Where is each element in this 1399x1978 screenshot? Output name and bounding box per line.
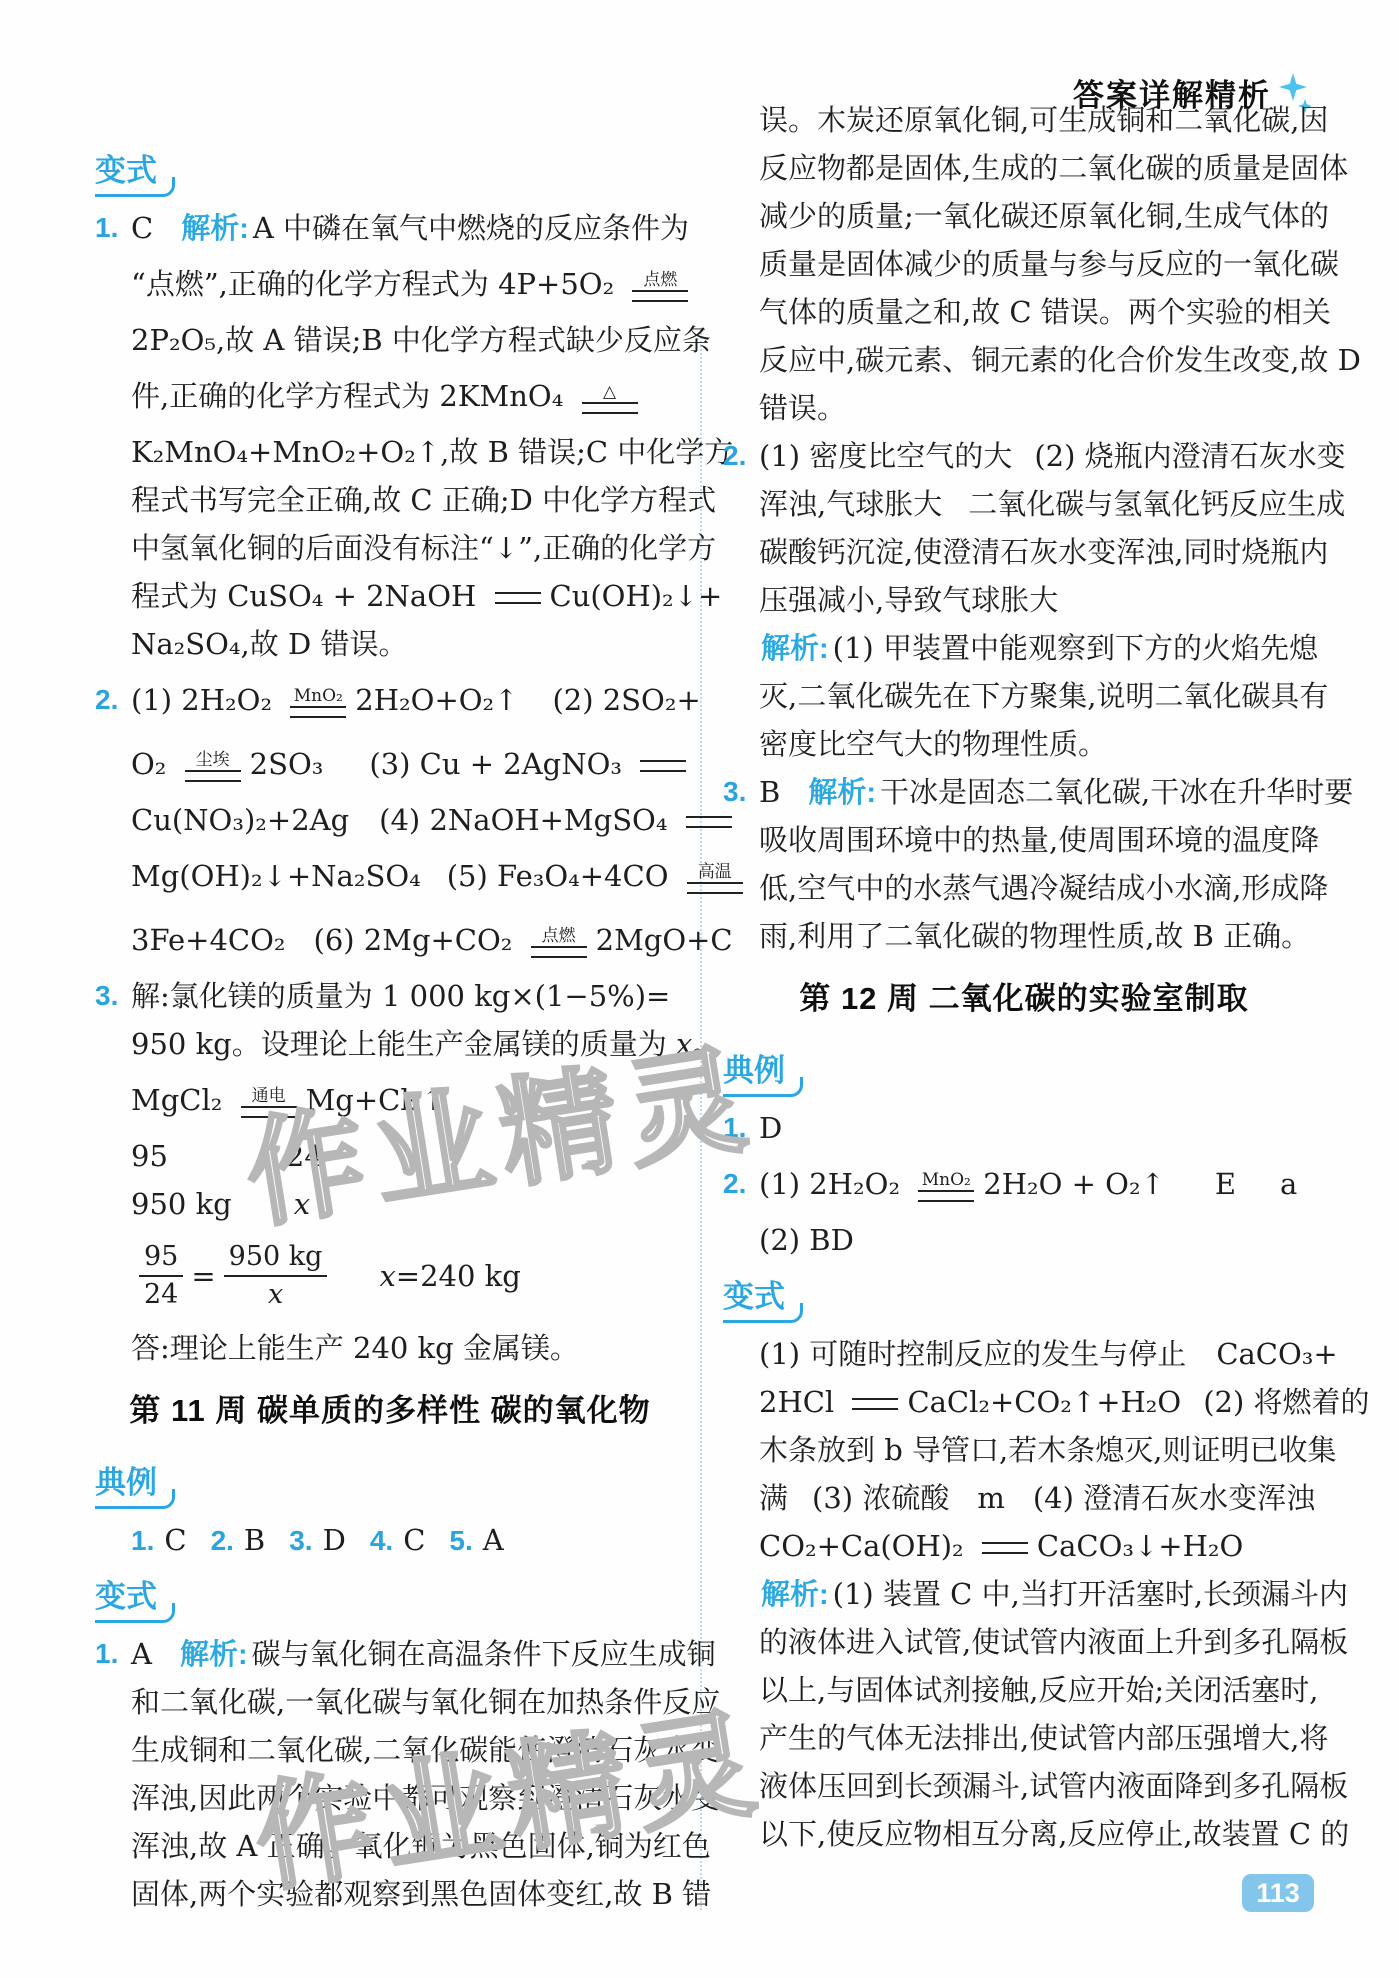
- text-line: 减少的质量;一氧化碳还原氧化铜,生成气体的: [723, 192, 1325, 240]
- text-run: 错误。: [759, 391, 846, 425]
- text-run: (1) 2H₂O₂: [131, 683, 281, 717]
- text-line: 2.(1) 密度比空气的大(2) 烧瓶内澄清石灰水变: [723, 432, 1325, 480]
- text-line: 1.C解析:A 中磷在氧气中燃烧的反应条件为: [95, 204, 685, 252]
- section-label-row: 典例: [95, 1450, 685, 1516]
- right-column: 误。木炭还原氧化铜,可生成铜和二氧化碳,因反应物都是固体,生成的二氧化碳的质量是…: [723, 96, 1325, 1858]
- text-run: 950 kg: [131, 1187, 232, 1221]
- text-line: CO₂+Ca(OH)₂ CaCO₃↓+H₂O: [723, 1522, 1325, 1570]
- reaction-equals: 尘埃: [185, 751, 241, 782]
- item-number: 3.: [95, 972, 118, 1020]
- text-run: Cu(NO₃)₂+2Ag: [131, 803, 349, 837]
- reaction-equals: [640, 760, 686, 772]
- item-number: 5.: [449, 1525, 472, 1556]
- text-line: (1) 可随时控制反应的发生与停止CaCO₃+: [723, 1330, 1325, 1378]
- text-run: (1) 可随时控制反应的发生与停止: [759, 1337, 1186, 1371]
- text-run: 木条放到 b 导管口,若木条熄灭,则证明已收集: [759, 1433, 1336, 1467]
- reaction-equals: [852, 1398, 898, 1410]
- text-run: x: [379, 1252, 395, 1300]
- text-line: 质量是固体减少的质量与参与反应的一氧化碳: [723, 240, 1325, 288]
- item-number: 2.: [723, 432, 746, 480]
- text-run: 碳与氧化铜在高温条件下反应生成铜: [252, 1637, 716, 1671]
- text-run: =240 kg: [396, 1252, 521, 1300]
- text-line: 木条放到 b 导管口,若木条熄灭,则证明已收集: [723, 1426, 1325, 1474]
- item-number: 1.: [95, 1630, 118, 1678]
- text-run: MgCl₂: [131, 1083, 232, 1117]
- text-run: (6) 2Mg+CO₂: [314, 923, 522, 957]
- text-line: 件,正确的化学方程式为 2KMnO₄ △: [95, 364, 685, 428]
- text-line: 程式为 CuSO₄ + 2NaOH Cu(OH)₂↓+: [95, 572, 685, 620]
- text-line: 答:理论上能生产 240 kg 金属镁。: [95, 1324, 685, 1372]
- text-line: 程式书写完全正确,故 C 正确;D 中化学方程式: [95, 476, 685, 524]
- text-run: 误。木炭还原氧化铜,可生成铜和二氧化碳,因: [759, 103, 1328, 137]
- text-line: 灭,二氧化碳先在下方聚集,说明二氧化碳具有: [723, 672, 1325, 720]
- reaction-equals: MnO₂: [290, 687, 346, 718]
- text-run: 件,正确的化学方程式为 2KMnO₄: [131, 379, 573, 413]
- text-line: 压强减小,导致气球胀大: [723, 576, 1325, 624]
- text-line: “点燃”,正确的化学方程式为 4P+5O₂ 点燃: [95, 252, 685, 316]
- text-run: 碳酸钙沉淀,使澄清石灰水变浑浊,同时烧瓶内: [759, 535, 1328, 569]
- item-number: 3.: [723, 768, 746, 816]
- text-run: 中氢氧化铜的后面没有标注“↓”,正确的化学方: [131, 531, 716, 565]
- answer-book-page: 答案详解精析 变式1.C解析:A 中磷在氧气中燃烧的反应条件为“点燃”,正确的化…: [0, 0, 1399, 1978]
- text-run: 干冰是固态二氧化碳,干冰在升华时要: [880, 775, 1353, 809]
- reaction-equals: 点燃: [531, 927, 587, 958]
- text-run: 3Fe+4CO₂: [131, 923, 286, 957]
- text-run: 2H₂O + O₂↑: [983, 1167, 1165, 1201]
- text-line: 1.A解析:碳与氧化铜在高温条件下反应生成铜: [95, 1630, 685, 1678]
- text-line: 雨,利用了二氧化碳的物理性质,故 B 正确。: [723, 912, 1325, 960]
- text-run: Cu(OH)₂↓+: [550, 579, 723, 613]
- text-run: a: [1280, 1167, 1297, 1201]
- section-label: 典例: [95, 1463, 160, 1509]
- text-line: 密度比空气大的物理性质。: [723, 720, 1325, 768]
- text-run: 气体的质量之和,故 C 错误。两个实验的相关: [759, 295, 1331, 329]
- text-run: 压强减小,导致气球胀大: [759, 583, 1058, 617]
- text-run: CaCO₃↓+H₂O: [1037, 1529, 1243, 1563]
- text-line: 的液体进入试管,使试管内液面上升到多孔隔板: [723, 1618, 1325, 1666]
- text-run: 反应中,碳元素、铜元素的化合价发生改变,故 D: [759, 343, 1361, 377]
- text-run: 95: [131, 1139, 168, 1173]
- section-label-row: 变式: [723, 1264, 1325, 1330]
- text-run: (1) 装置 C 中,当打开活塞时,长颈漏斗内: [833, 1577, 1348, 1611]
- text-run: 浑浊,气球胀大: [759, 487, 942, 521]
- text-run: O₂: [131, 747, 176, 781]
- text-line: 碳酸钙沉淀,使澄清石灰水变浑浊,同时烧瓶内: [723, 528, 1325, 576]
- reaction-equals: 点燃: [632, 271, 688, 302]
- text-run: CaCl₂+CO₂↑+H₂O: [907, 1385, 1181, 1419]
- section-label-row: 典例: [723, 1038, 1325, 1104]
- text-run: C: [403, 1523, 425, 1557]
- item-number: 2.: [211, 1525, 234, 1556]
- text-run: (2) 将燃着的: [1203, 1385, 1369, 1419]
- item-number: 4.: [370, 1525, 393, 1556]
- text-line: 3.B解析:干冰是固态二氧化碳,干冰在升华时要: [723, 768, 1325, 816]
- text-run: 2MgO+C: [596, 923, 733, 957]
- text-run: 二氧化碳与氢氧化钙反应生成: [968, 487, 1345, 521]
- text-line: 2.(1) 2H₂O₂ MnO₂2H₂O + O₂↑Ea: [723, 1152, 1325, 1216]
- section-label-row: 变式: [95, 138, 685, 204]
- text-run: “点燃”,正确的化学方程式为 4P+5O₂: [131, 267, 623, 301]
- analysis-label: 解析:: [761, 1579, 829, 1611]
- text-run: 满: [759, 1481, 788, 1515]
- text-line: 2HCl CaCl₂+CO₂↑+H₂O(2) 将燃着的: [723, 1378, 1325, 1426]
- text-line: 误。木炭还原氧化铜,可生成铜和二氧化碳,因: [723, 96, 1325, 144]
- text-run: Na₂SO₄,故 D 错误。: [131, 627, 407, 661]
- text-line: 以下,使反应物相互分离,反应停止,故装置 C 的: [723, 1810, 1325, 1858]
- text-run: 以下,使反应物相互分离,反应停止,故装置 C 的: [759, 1817, 1349, 1851]
- text-run: A: [483, 1523, 504, 1557]
- text-run: (1) 甲装置中能观察到下方的火焰先熄: [833, 631, 1318, 665]
- text-run: 液体压回到长颈漏斗,试管内液面降到多孔隔板: [759, 1769, 1348, 1803]
- section-label: 变式: [95, 151, 160, 197]
- text-line: O₂ 尘埃2SO₃(3) Cu + 2AgNO₃: [95, 732, 685, 796]
- text-run: =: [191, 1252, 215, 1300]
- text-line: K₂MnO₄+MnO₂+O₂↑,故 B 错误;C 中化学方: [95, 428, 685, 476]
- text-run: K₂MnO₄+MnO₂+O₂↑,故 B 错误;C 中化学方: [131, 435, 733, 469]
- text-line: 9524=950 kgxx=240 kg: [95, 1228, 685, 1324]
- text-line: 满(3) 浓硫酸m(4) 澄清石灰水变浑浊: [723, 1474, 1325, 1522]
- text-run: CaCO₃+: [1216, 1337, 1337, 1371]
- week-heading-row: 第 12 周 二氧化碳的实验室制取: [723, 960, 1325, 1038]
- analysis-label: 解析:: [180, 1639, 248, 1671]
- text-run: A: [131, 1637, 152, 1671]
- week-heading: 第 11 周 碳单质的多样性 碳的氧化物: [129, 1393, 650, 1428]
- text-run: 程式为 CuSO₄ + 2NaOH: [131, 579, 486, 613]
- text-run: C: [131, 211, 153, 245]
- text-run: D: [323, 1523, 346, 1557]
- week-heading: 第 12 周 二氧化碳的实验室制取: [799, 981, 1248, 1016]
- text-run: 雨,利用了二氧化碳的物理性质,故 B 正确。: [759, 919, 1310, 953]
- text-run: 吸收周围环境中的热量,使周围环境的温度降: [759, 823, 1319, 857]
- text-line: 吸收周围环境中的热量,使周围环境的温度降: [723, 816, 1325, 864]
- text-run: CO₂+Ca(OH)₂: [759, 1529, 973, 1563]
- text-line: 解析:(1) 装置 C 中,当打开活塞时,长颈漏斗内: [723, 1570, 1325, 1618]
- fraction: 950 kgx: [224, 1242, 328, 1310]
- reaction-equals: [982, 1542, 1028, 1554]
- text-run: 的液体进入试管,使试管内液面上升到多孔隔板: [759, 1625, 1348, 1659]
- text-run: (2) BD: [759, 1223, 854, 1257]
- text-line: 低,空气中的水蒸气遇冷凝结成小水滴,形成降: [723, 864, 1325, 912]
- text-run: m: [977, 1481, 1005, 1515]
- section-label-row: 变式: [95, 1564, 685, 1630]
- text-run: 2HCl: [759, 1385, 843, 1419]
- text-line: 1.C2.B3.D4.C5.A: [95, 1516, 685, 1564]
- item-number: 1.: [95, 204, 118, 252]
- reaction-equals: [495, 592, 541, 604]
- analysis-label: 解析:: [808, 777, 876, 809]
- text-line: 反应物都是固体,生成的二氧化碳的质量是固体: [723, 144, 1325, 192]
- text-line: 错误。: [723, 384, 1325, 432]
- text-run: (3) 浓硫酸: [812, 1481, 949, 1515]
- text-run: 低,空气中的水蒸气遇冷凝结成小水滴,形成降: [759, 871, 1328, 905]
- text-line: 反应中,碳元素、铜元素的化合价发生改变,故 D: [723, 336, 1325, 384]
- text-run: C: [164, 1523, 186, 1557]
- text-run: A 中磷在氧气中燃烧的反应条件为: [253, 211, 689, 245]
- text-run: B: [244, 1523, 265, 1557]
- text-line: 1.D: [723, 1104, 1325, 1152]
- text-run: 答:理论上能生产 240 kg 金属镁。: [131, 1331, 579, 1365]
- section-label: 变式: [95, 1577, 160, 1623]
- text-line: 解析:(1) 甲装置中能观察到下方的火焰先熄: [723, 624, 1325, 672]
- text-run: B: [759, 775, 780, 809]
- text-run: 反应物都是固体,生成的二氧化碳的质量是固体: [759, 151, 1348, 185]
- text-run: (4) 澄清石灰水变浑浊: [1033, 1481, 1315, 1515]
- text-line: 中氢氧化铜的后面没有标注“↓”,正确的化学方: [95, 524, 685, 572]
- text-run: 产生的气体无法排出,使试管内部压强增大,将: [759, 1721, 1328, 1755]
- text-line: 3Fe+4CO₂(6) 2Mg+CO₂ 点燃2MgO+C: [95, 908, 685, 972]
- section-label: 变式: [723, 1277, 788, 1323]
- text-run: 2SO₃: [250, 747, 324, 781]
- text-line: (2) BD: [723, 1216, 1325, 1264]
- text-line: Cu(NO₃)₂+2Ag(4) 2NaOH+MgSO₄: [95, 796, 685, 844]
- reaction-equals: △: [582, 383, 638, 414]
- text-run: 减少的质量;一氧化碳还原氧化铜,生成气体的: [759, 199, 1329, 233]
- page-number-badge: 113: [1242, 1874, 1314, 1912]
- item-number: 2.: [95, 668, 118, 732]
- text-run: 密度比空气大的物理性质。: [759, 727, 1107, 761]
- text-run: (4) 2NaOH+MgSO₄: [379, 803, 677, 837]
- text-line: 以上,与固体试剂接触,反应开始;关闭活塞时,: [723, 1666, 1325, 1714]
- text-run: 2P₂O₅,故 A 错误;B 中化学方程式缺少反应条: [131, 323, 711, 357]
- text-run: D: [759, 1111, 782, 1145]
- text-run: 程式书写完全正确,故 C 正确;D 中化学方程式: [131, 483, 716, 517]
- text-line: 2.(1) 2H₂O₂ MnO₂2H₂O+O₂↑(2) 2SO₂+: [95, 668, 685, 732]
- text-line: 3.解:氯化镁的质量为 1 000 kg×(1−5%)=: [95, 972, 685, 1020]
- text-line: 2P₂O₅,故 A 错误;B 中化学方程式缺少反应条: [95, 316, 685, 364]
- text-line: 液体压回到长颈漏斗,试管内液面降到多孔隔板: [723, 1762, 1325, 1810]
- item-number: 1.: [131, 1525, 154, 1556]
- text-run: (5) Fe₃O₄+4CO: [447, 859, 678, 893]
- week-heading-row: 第 11 周 碳单质的多样性 碳的氧化物: [95, 1372, 685, 1450]
- analysis-label: 解析:: [181, 213, 249, 245]
- text-run: 以上,与固体试剂接触,反应开始;关闭活塞时,: [759, 1673, 1318, 1707]
- text-run: (2) 烧瓶内澄清石灰水变: [1034, 439, 1345, 473]
- text-run: 质量是固体减少的质量与参与反应的一氧化碳: [759, 247, 1339, 281]
- reaction-equals: MnO₂: [918, 1171, 974, 1202]
- analysis-label: 解析:: [761, 633, 829, 665]
- text-run: 解:氯化镁的质量为 1 000 kg×(1−5%)=: [131, 979, 670, 1013]
- text-line: 浑浊,气球胀大二氧化碳与氢氧化钙反应生成: [723, 480, 1325, 528]
- text-run: 2H₂O+O₂↑: [355, 683, 518, 717]
- text-line: 产生的气体无法排出,使试管内部压强增大,将: [723, 1714, 1325, 1762]
- text-run: 灭,二氧化碳先在下方聚集,说明二氧化碳具有: [759, 679, 1328, 713]
- item-number: 3.: [289, 1525, 312, 1556]
- text-line: 气体的质量之和,故 C 错误。两个实验的相关: [723, 288, 1325, 336]
- text-run: (2) 2SO₂+: [552, 683, 700, 717]
- text-run: Mg(OH)₂↓+Na₂SO₄: [131, 859, 421, 893]
- text-line: Mg(OH)₂↓+Na₂SO₄(5) Fe₃O₄+4CO 高温: [95, 844, 685, 908]
- text-run: (1) 2H₂O₂: [759, 1167, 909, 1201]
- text-line: Na₂SO₄,故 D 错误。: [95, 620, 685, 668]
- text-run: (1) 密度比空气的大: [759, 439, 1012, 473]
- fraction: 9524: [139, 1242, 183, 1310]
- text-run: (3) Cu + 2AgNO₃: [369, 747, 631, 781]
- text-run: E: [1215, 1167, 1236, 1201]
